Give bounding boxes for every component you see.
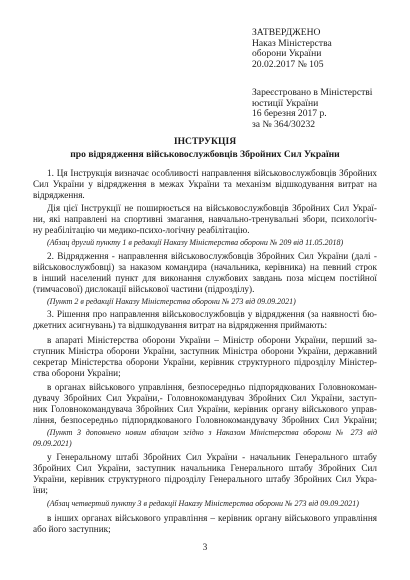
body-text-line: 1. Ця Інструкція визначає особливості на… xyxy=(33,168,377,179)
body-text-line: Збройних Сил України, заступник начальни… xyxy=(33,463,377,474)
amendment-note-line: (Абзац другий пункту 1 в редакції Наказу… xyxy=(33,237,377,248)
body-text-line: 3. Рішення про направлення військовослуж… xyxy=(33,309,377,320)
body-text-line: військовослужбовці) за наказом командира… xyxy=(33,262,377,273)
body-text-line: ни, які направлені на спортивні змагання… xyxy=(33,214,377,225)
body-text-line: ління, безпосередньо підпорядкованого Го… xyxy=(33,415,377,426)
body-text-line: джетних асигнувань) та відшкодування вит… xyxy=(33,320,377,331)
body-text-line: секретар Міністерства оборони України, к… xyxy=(33,357,377,368)
body-text-line: ник Головнокомандувача Збройних Сил Укра… xyxy=(33,404,377,415)
amendment-note-line: 09.09.2021) xyxy=(33,438,377,449)
body-text-line: 2. Відрядження - направлення військовосл… xyxy=(33,251,377,262)
approval-line: ЗАТВЕРДЖЕНО xyxy=(252,28,332,39)
registration-line: за № 364/30232 xyxy=(252,120,372,131)
registration-line: Зареєстровано в Міністерстві xyxy=(252,88,372,99)
document-page: ЗАТВЕРДЖЕНО Наказ Міністерства оборони У… xyxy=(0,0,410,580)
amendment-note-line: (Абзац четвертий пункту 3 в редакції Нак… xyxy=(33,498,377,509)
body-text-line: у Генеральному штабі Збройних Сил Україн… xyxy=(33,452,377,463)
document-title: ІНСТРУКЦІЯ xyxy=(0,136,410,147)
body-text-line: їни; xyxy=(33,485,377,496)
body-text-line: України, керівник структурного підрозділ… xyxy=(33,474,377,485)
amendment-note-line: (Пункт 2 в редакції Наказу Міністерства … xyxy=(33,296,377,307)
amendment-note-line: (Пункт 3 доповнено новим абзацом згідно … xyxy=(33,427,377,438)
body-text-line: в інших органах військового управління –… xyxy=(33,513,377,524)
approval-stamp: ЗАТВЕРДЖЕНО Наказ Міністерства оборони У… xyxy=(252,28,332,70)
body-text-line: ступник Міністра оборони України, заступ… xyxy=(33,346,377,357)
page-number: 3 xyxy=(0,543,410,553)
body-text-line: відрядження. xyxy=(33,190,377,201)
body-text-line: (тимчасової) дислокації військової части… xyxy=(33,284,377,295)
approval-line: 20.02.2017 № 105 xyxy=(252,60,332,71)
body-text-line: Дія цієї Інструкції не поширюється на ві… xyxy=(33,203,377,214)
document-subtitle: про відрядження військовослужбовців Збро… xyxy=(0,149,410,160)
body-text-line: в інший населений пункт для виконання сл… xyxy=(33,273,377,284)
body-text-line: ства оборони України; xyxy=(33,368,377,379)
body-text-line: дувачу Збройних Сил України,- Головноком… xyxy=(33,393,377,404)
registration-stamp: Зареєстровано в Міністерстві юстиції Укр… xyxy=(252,88,372,130)
body-text-line: в органах військового управління, безпос… xyxy=(33,382,377,393)
body-text-line: Сил України у відрядження в межах Україн… xyxy=(33,179,377,190)
body-text-line: в апараті Міністерства оборони України –… xyxy=(33,335,377,346)
body-text-line: ну реабілітацію чи медико-психо-логічну … xyxy=(33,225,377,236)
body-text-line: або його заступник; xyxy=(33,524,377,535)
